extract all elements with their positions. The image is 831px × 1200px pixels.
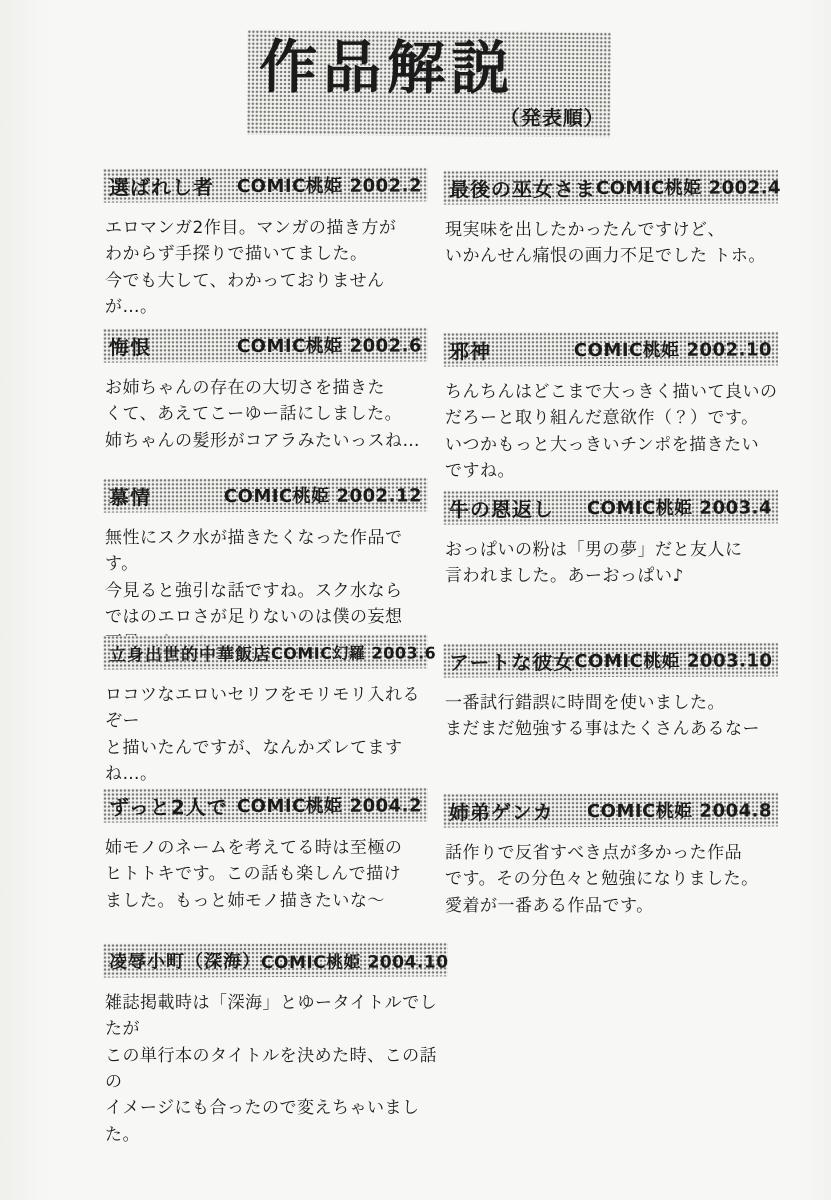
entry-comment: エロマンガ2作目。マンガの描き方が わからず手探りで描いてました。 今でも大して…: [103, 215, 428, 320]
entry-publication: COMIC桃姫 2003.10: [574, 646, 772, 673]
entry-jashin: 邪神 COMIC桃姫 2002.10 ちんちんはどこまで大っきく描いて良いの だ…: [443, 332, 778, 484]
entry-comment: ちんちんはどこまで大っきく描いて良いの だろーと取り組んだ意欲作（？）です。 い…: [443, 379, 778, 484]
entry-kyoudai-genka: 姉弟ゲンカ COMIC桃姫 2004.8 話作りで反省すべき点が多かった作品 で…: [443, 793, 778, 919]
entry-comment: 姉モノのネームを考えてる時は至極の ヒトトキです。この話も楽しんで描け ました。…: [103, 835, 428, 914]
entry-zutto-futari-de: ずっと2人で COMIC桃姫 2004.2 姉モノのネームを考えてる時は至極の …: [103, 788, 428, 914]
entry-comment: お姉ちゃんの存在の大切さを描きた くて、あえてこーゆー話にしました。 姉ちゃんの…: [103, 375, 428, 454]
entry-title-bar: アートな彼女 COMIC桃姫 2003.10: [443, 642, 778, 677]
entry-title-bar: 選ばれし者 COMIC桃姫 2002.2: [103, 167, 428, 202]
entry-title: 凌辱小町（深海）: [109, 947, 261, 974]
entry-ushi-no-ongaeshi: 牛の恩返し COMIC桃姫 2003.4 おっぱいの粉は「男の夢」だと友人に 言…: [443, 490, 778, 590]
entry-title: 選ばれし者: [109, 171, 214, 200]
entry-title-bar: ずっと2人で COMIC桃姫 2004.2: [103, 787, 428, 822]
entry-publication: COMIC桃姫 2002.4: [596, 173, 781, 200]
entry-publication: COMIC桃姫 2004.2: [237, 791, 422, 818]
entry-comment: 現実味を出したかったんですけど、 いかんせん痛恨の画力不足でした トホ。: [443, 217, 778, 270]
entry-erabareshi-mono: 選ばれし者 COMIC桃姫 2002.2 エロマンガ2作目。マンガの描き方が わ…: [103, 168, 428, 320]
entry-title: 邪神: [449, 335, 491, 364]
entry-bojou: 慕情 COMIC桃姫 2002.12 無性にスク水が描きたくなった作品です。 今…: [103, 478, 428, 657]
entry-ryoujoku-komachi: 凌辱小町（深海） COMIC桃姫 2004.10 雑誌掲載時は「深海」とゆータイ…: [103, 943, 448, 1148]
entry-publication: COMIC桃姫 2002.6: [237, 331, 422, 358]
entry-title: アートな彼女: [449, 646, 575, 675]
entry-publication: COMIC桃姫 2004.8: [587, 796, 772, 823]
entry-art-na-kanojo: アートな彼女 COMIC桃姫 2003.10 一番試行錯誤に時間を使いました。 …: [443, 643, 778, 743]
entry-title: ずっと2人で: [109, 791, 228, 820]
entry-publication: COMIC桃姫 2002.10: [574, 335, 772, 362]
entry-title-bar: 最後の巫女さま COMIC桃姫 2002.4: [443, 169, 778, 204]
entry-title-bar: 立身出世的中華飯店 COMIC幻羅 2003.6: [103, 634, 428, 669]
entry-title-bar: 邪神 COMIC桃姫 2002.10: [443, 331, 778, 366]
page-subtitle: （発表順）: [500, 101, 605, 131]
entry-title: 牛の恩返し: [449, 493, 554, 522]
entry-publication: COMIC桃姫 2002.2: [237, 171, 422, 198]
entry-title-bar: 慕情 COMIC桃姫 2002.12: [103, 477, 428, 512]
entry-comment: おっぱいの粉は「男の夢」だと友人に 言われました。あーおっぱい♪: [443, 537, 778, 590]
entry-title: 姉弟ゲンカ: [449, 796, 554, 825]
entry-title-bar: 姉弟ゲンカ COMIC桃姫 2004.8: [443, 792, 778, 827]
entry-publication: COMIC桃姫 2003.4: [587, 493, 772, 520]
entry-saigo-no-miko-sama: 最後の巫女さま COMIC桃姫 2002.4 現実味を出したかったんですけど、 …: [443, 170, 778, 270]
entry-kaikon: 悔恨 COMIC桃姫 2002.6 お姉ちゃんの存在の大切さを描きた くて、あえ…: [103, 328, 428, 454]
scanned-book-page: { "header": { "title": "作品解説", "subtitle…: [0, 0, 831, 1200]
page-title: 作品解説: [259, 38, 515, 98]
entry-comment: 雑誌掲載時は「深海」とゆータイトルでしたが この単行本のタイトルを決めた時、この…: [103, 990, 448, 1148]
entry-comment: 一番試行錯誤に時間を使いました。 まだまだ勉強する事はたくさんあるなー: [443, 690, 778, 743]
entry-title-bar: 牛の恩返し COMIC桃姫 2003.4: [443, 489, 778, 524]
header-box: 作品解説 （発表順）: [247, 30, 612, 138]
entry-title: 慕情: [109, 481, 151, 510]
entry-title: 悔恨: [109, 331, 151, 360]
entry-publication: COMIC桃姫 2002.12: [224, 481, 422, 508]
entry-title: 立身出世的中華飯店: [109, 639, 271, 665]
entry-publication: COMIC幻羅 2003.6: [271, 640, 436, 664]
entry-title-bar: 悔恨 COMIC桃姫 2002.6: [103, 327, 428, 362]
entry-publication: COMIC桃姫 2004.10: [261, 947, 449, 973]
entry-title-bar: 凌辱小町（深海） COMIC桃姫 2004.10: [103, 942, 448, 977]
entry-comment: 話作りで反省すべき点が多かった作品 です。その分色々と勉強になりました。 愛着が…: [443, 840, 778, 919]
entry-title: 最後の巫女さま: [449, 173, 596, 203]
